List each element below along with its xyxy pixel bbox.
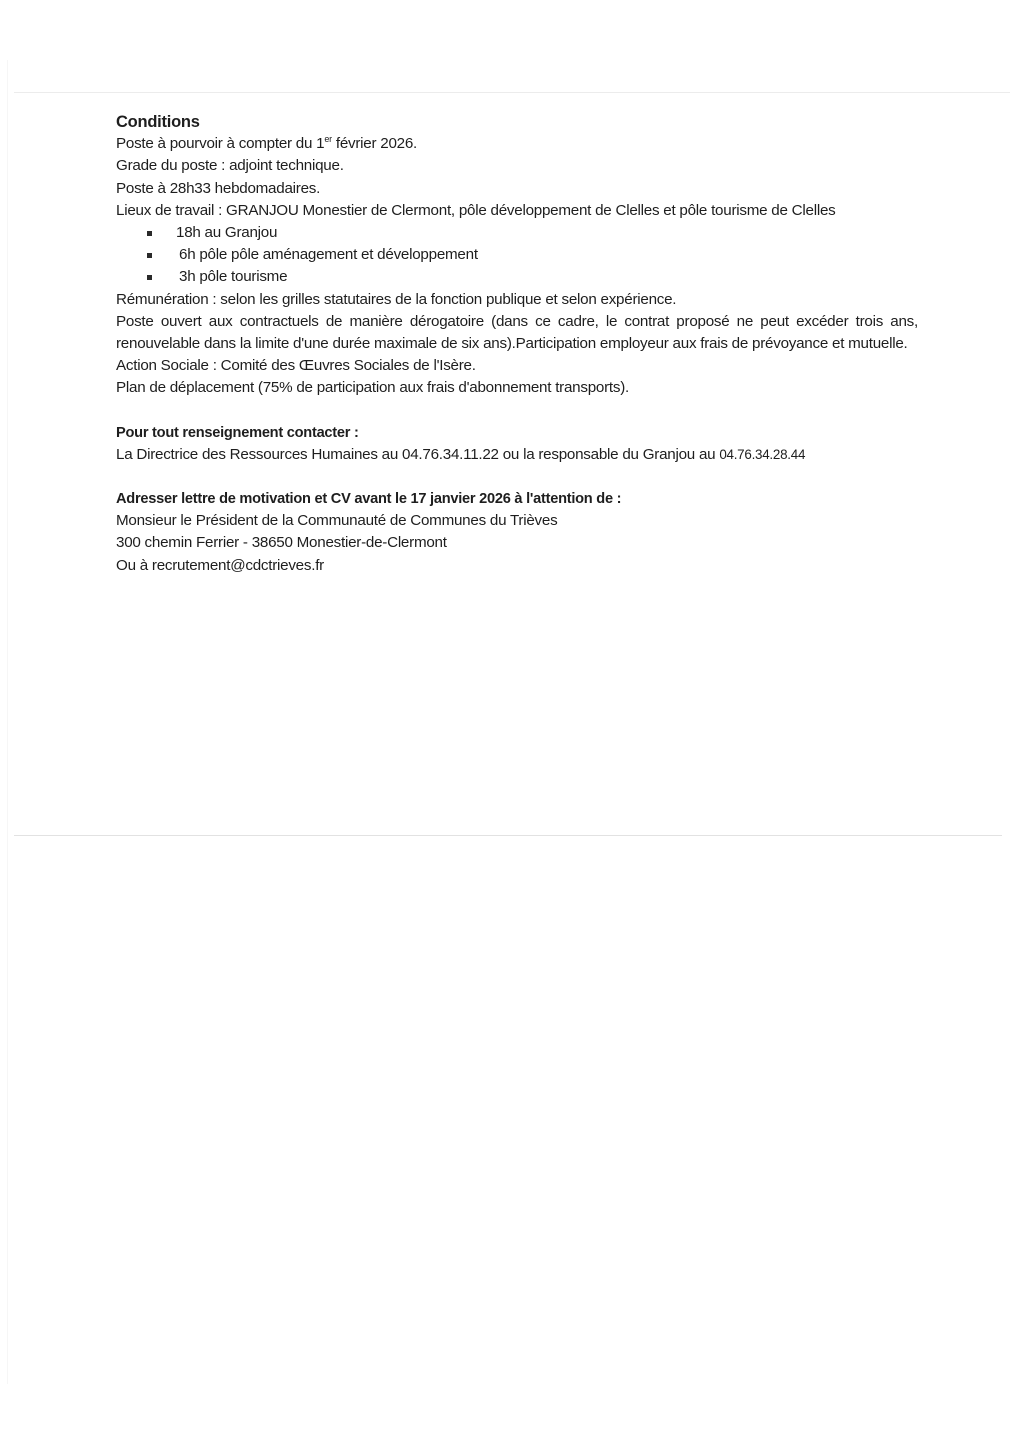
workplaces-line: Lieux de travail : GRANJOU Monestier de … xyxy=(116,200,916,222)
contact-line-text: La Directrice des Ressources Humaines au… xyxy=(116,446,719,463)
page-fold-line xyxy=(14,835,1002,836)
recipient-line: Monsieur le Président de la Communauté d… xyxy=(116,510,916,532)
email-address: recrutement@cdctrieves.fr xyxy=(152,557,324,574)
list-item: 6h pôle pôle aménagement et développemen… xyxy=(116,244,916,266)
list-item: 18h au Granjou xyxy=(116,222,916,244)
scan-line-top xyxy=(14,92,1010,93)
hours-line: Poste à 28h33 hebdomadaires. xyxy=(116,178,916,200)
address-line: 300 chemin Ferrier - 38650 Monestier-de-… xyxy=(116,532,916,554)
workplace-list: 18h au Granjou 6h pôle pôle aménagement … xyxy=(116,222,916,289)
square-bullet-icon xyxy=(147,275,152,280)
conditions-section: Conditions Poste à pourvoir à compter du… xyxy=(116,111,916,400)
document-body: Conditions Poste à pourvoir à compter du… xyxy=(116,111,916,577)
contact-line: La Directrice des Ressources Humaines au… xyxy=(116,444,916,466)
travel-plan-line: Plan de déplacement (75% de participatio… xyxy=(116,377,916,399)
square-bullet-icon xyxy=(147,253,152,258)
contact-heading: Pour tout renseignement contacter : xyxy=(116,422,916,444)
square-bullet-icon xyxy=(147,231,152,236)
grade-line: Grade du poste : adjoint technique. xyxy=(116,155,916,177)
remuneration-line: Rémunération : selon les grilles statuta… xyxy=(116,289,916,311)
start-date-prefix: Poste à pourvoir à compter du 1 xyxy=(116,135,324,152)
list-item-text: 6h pôle pôle aménagement et développemen… xyxy=(179,246,478,263)
start-date-suffix: février 2026. xyxy=(332,135,417,152)
list-item: 3h pôle tourisme xyxy=(116,266,916,288)
email-prefix: Ou à xyxy=(116,557,152,574)
start-date: Poste à pourvoir à compter du 1er févrie… xyxy=(116,133,916,155)
list-item-text: 3h pôle tourisme xyxy=(179,268,287,285)
contact-section: Pour tout renseignement contacter : La D… xyxy=(116,422,916,466)
scan-edge-artifact xyxy=(7,60,8,1384)
application-section: Adresser lettre de motivation et CV avan… xyxy=(116,488,916,577)
granjou-phone: 04.76.34.28.44 xyxy=(719,447,805,462)
social-action-line: Action Sociale : Comité des Œuvres Socia… xyxy=(116,355,916,377)
conditions-heading: Conditions xyxy=(116,111,916,133)
list-item-text: 18h au Granjou xyxy=(176,224,277,241)
email-line: Ou à recrutement@cdctrieves.fr xyxy=(116,555,916,577)
start-date-superscript: er xyxy=(324,134,332,144)
application-heading: Adresser lettre de motivation et CV avan… xyxy=(116,488,916,510)
contract-paragraph: Poste ouvert aux contractuels de manière… xyxy=(116,311,918,355)
